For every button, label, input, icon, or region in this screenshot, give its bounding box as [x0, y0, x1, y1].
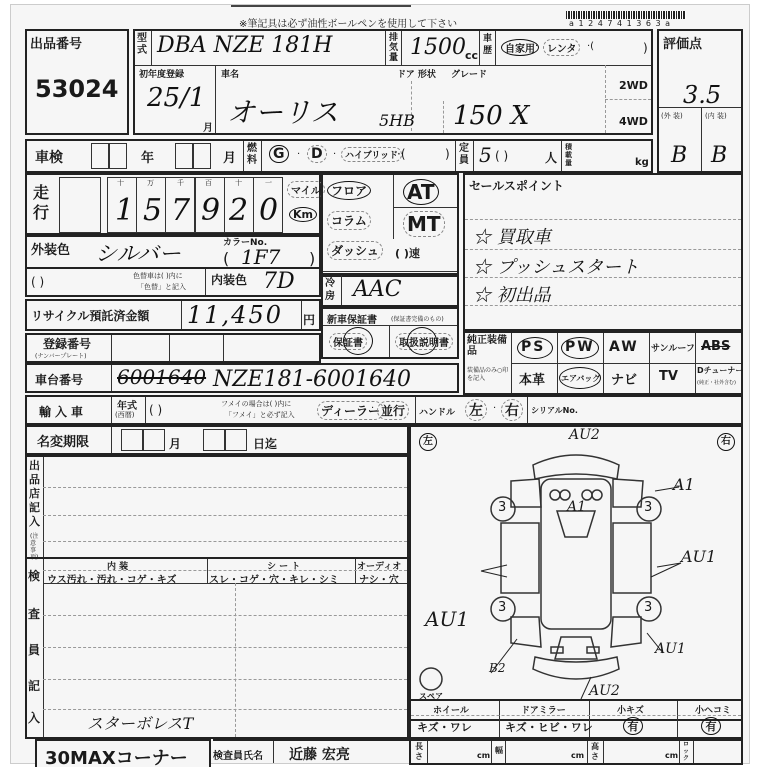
- damage-annotation: B2: [489, 661, 505, 675]
- grade-label: グレード: [451, 67, 487, 80]
- equip-airbag[interactable]: エアバッグ: [561, 373, 600, 384]
- transmission-mt[interactable]: MT: [403, 211, 445, 237]
- shift-dash[interactable]: ダッシュ: [327, 241, 383, 260]
- dimensions-row: 長さ cm 幅 cm 高さ cm ロック: [409, 739, 743, 765]
- handle-left[interactable]: 左: [465, 399, 487, 421]
- sales-points-label: セールスポイント: [469, 177, 564, 194]
- displacement-value: 1500: [410, 35, 466, 60]
- sales-point-item: ☆ 初出品: [473, 281, 551, 307]
- color-change-box: ( ) 色替車は( )内に 「色替」と記入 内装色 7D: [25, 267, 321, 297]
- dealer-notes-box: 出品店記入 (注意事項): [25, 455, 409, 559]
- equip-leather[interactable]: 本革: [519, 369, 545, 388]
- exterior-color-box: 外装色 シルバー カラーNo. ( 1F7 ): [25, 233, 321, 269]
- handle-right[interactable]: 右: [501, 399, 523, 421]
- import-row: 輸入車 年式 (西暦) ( ) フメイの場合は( )内に 「フメイ」と必ず記入 …: [25, 395, 743, 425]
- name-change-box: 名変期限 月 日迄: [25, 425, 409, 455]
- equipment-box: 純正装備品 装備品のみ○印を記入 PS PW AW サンルーフ ABS 本革 エ…: [463, 331, 743, 395]
- import-label: 輸入車: [39, 403, 87, 420]
- exterior-score: B: [671, 143, 687, 168]
- car-name-value: オーリス: [227, 91, 338, 131]
- damage-annotation: A1: [673, 475, 695, 494]
- usage-rental-option[interactable]: レンタ: [543, 39, 580, 56]
- displacement-unit: cc: [465, 49, 478, 62]
- aircon-value: AAC: [353, 277, 402, 302]
- vehicle-info-box: 型式 DBA NZE 181H 排気量 1500 cc 車歴 自家用 · レンタ…: [133, 29, 653, 135]
- warranty-title: 新車保証書: [327, 311, 377, 326]
- shift-column[interactable]: コラム: [327, 211, 371, 230]
- car-name-label: 車名: [221, 67, 239, 80]
- warranty-box: 新車保証書 (保証書完備のもの) 保証書 取扱説明書: [321, 307, 459, 359]
- registration-box: 登録番号 (ナンバープレート): [25, 333, 321, 363]
- chassis-label: 車台番号: [35, 371, 83, 388]
- fuel-label: 燃料: [247, 143, 259, 167]
- damage-annotation: AU2: [589, 683, 620, 699]
- condition-table: ホイール ドアミラー 小キズ 小ヘコミ キズ・ワレ キズ・ヒビ・ワレ 有 有: [409, 699, 743, 739]
- equip-sunroof[interactable]: サンルーフ: [651, 341, 695, 354]
- serial-label: シリアルNo.: [531, 405, 578, 416]
- displacement-label: 排気量: [389, 33, 399, 63]
- corner-label: 30MAXコーナー: [45, 744, 188, 768]
- score-box: 評価点 3.5 (外 装) (内 装) B B: [657, 29, 743, 173]
- mileage-box: 走行 十 万 千 百 十 一 1 5 7 9 2 0 マイル Km: [25, 173, 321, 237]
- usage-label: 車歴: [483, 33, 493, 57]
- import-parallel[interactable]: 並行: [377, 401, 409, 420]
- inspection-note: スターボレスT: [87, 711, 193, 734]
- damage-annotation: A1: [567, 499, 586, 515]
- lot-number: 53024: [35, 75, 119, 103]
- shift-floor[interactable]: フロア: [327, 181, 371, 200]
- shaken-label: 車検: [35, 147, 63, 167]
- mileage-digits: 十 万 千 百 十 一 1 5 7 9 2 0: [107, 177, 283, 233]
- sales-point-item: ☆ 買取車: [473, 223, 551, 249]
- capacity-value: 5: [479, 143, 492, 167]
- small-scratch-present[interactable]: 有: [623, 717, 643, 735]
- load-label: 積載量: [565, 143, 573, 167]
- chassis-struck-value: 6001640: [117, 365, 206, 389]
- car-outline-icon: [411, 427, 741, 719]
- equip-abs[interactable]: ABS: [701, 339, 730, 354]
- top-cut-line: [231, 5, 411, 9]
- damage-diagram: 左 右: [409, 425, 743, 721]
- mileage-unit-mile[interactable]: マイル: [287, 181, 325, 198]
- auction-sheet: ※筆記具は必ず油性ボールペンを使用して下さい a 1 2 4 7 4 1 3 6…: [10, 4, 750, 764]
- equip-ps[interactable]: PS: [521, 339, 545, 355]
- score-label: 評価点: [663, 33, 702, 52]
- dealer-notes-label: 出品店記入: [29, 459, 41, 529]
- exterior-color-value: シルバー: [95, 237, 181, 268]
- damage-annotation: AU2: [569, 427, 600, 443]
- barcode-number: a 1 2 4 7 4 1 3 6 3 a: [569, 19, 671, 28]
- grade-value: 150 X: [453, 101, 529, 131]
- lot-box: 出品番号 53024: [25, 29, 129, 135]
- chassis-box: 車台番号 6001640 NZE181-6001640: [25, 363, 459, 393]
- score-value: 3.5: [683, 81, 721, 109]
- inspector-name: 近藤 宏亮: [289, 744, 350, 764]
- barcode: [566, 11, 686, 19]
- damage-annotation: AU1: [681, 547, 716, 566]
- inspection-box: 検 査 員 記 入 内 装 シ ー ト オーディオ ウス汚れ・汚れ・コゲ・キズ …: [25, 557, 409, 739]
- first-reg-value: 25/1: [147, 83, 205, 113]
- damage-annotation: AU1: [425, 607, 469, 631]
- small-dent-present[interactable]: 有: [701, 717, 721, 735]
- aircon-label: 冷房: [325, 277, 337, 303]
- equip-aw[interactable]: AW: [609, 339, 639, 355]
- recycle-label: リサイクル預託済金額: [31, 307, 149, 324]
- model-label: 型式: [137, 33, 149, 57]
- fuel-hybrid[interactable]: ハイブリッド: [341, 147, 402, 162]
- sales-points-box: セールスポイント ☆ 買取車 ☆ プッシュスタート ☆ 初出品: [463, 173, 743, 331]
- first-reg-label: 初年度登録: [139, 67, 184, 80]
- registration-label: 登録番号: [43, 335, 91, 352]
- notice-text: ※筆記具は必ず油性ボールペンを使用して下さい: [239, 15, 457, 30]
- interior-score: B: [711, 143, 727, 168]
- equip-dtuner[interactable]: Dチューナー: [697, 365, 743, 376]
- capacity-label: 定員: [459, 143, 471, 167]
- fuel-diesel[interactable]: D: [307, 145, 327, 163]
- damage-annotation: AU1: [655, 641, 686, 657]
- recycle-box: リサイクル預託済金額 11,450 円: [25, 299, 321, 331]
- drive-2wd[interactable]: 2WD: [619, 79, 648, 92]
- name-change-label: 名変期限: [37, 431, 89, 450]
- fuel-gasoline[interactable]: G: [269, 145, 289, 163]
- wheel-condition[interactable]: キズ・ワレ: [417, 719, 472, 735]
- door-shape-value: 5HB: [379, 111, 415, 130]
- recycle-value: 11,450: [187, 301, 283, 329]
- inspector-row: 検査員氏名 近藤 宏亮: [213, 739, 409, 763]
- interior-color-value: 7D: [263, 269, 295, 294]
- interior-color-label: 内装色: [211, 271, 247, 288]
- handle-label: ハンドル: [419, 405, 455, 418]
- drive-4wd[interactable]: 4WD: [619, 115, 648, 128]
- transmission-at[interactable]: AT: [403, 179, 439, 205]
- usage-private-option[interactable]: 自家用: [501, 39, 539, 56]
- aircon-box: 冷房 AAC: [321, 273, 459, 307]
- chassis-value: NZE181-6001640: [213, 367, 411, 392]
- equip-navi[interactable]: ナビ: [611, 369, 637, 388]
- door-shape-label: ドア 形状: [397, 67, 436, 80]
- equip-pw[interactable]: PW: [565, 339, 595, 355]
- color-number: 1F7: [241, 245, 280, 269]
- exterior-color-label: 外装色: [31, 239, 70, 258]
- corner-label-box: 30MAXコーナー: [35, 739, 211, 767]
- shift-box: フロア コラム ダッシュ AT MT ( )速: [321, 173, 459, 277]
- sales-point-item: ☆ プッシュスタート: [473, 253, 639, 279]
- mileage-label: 走行: [33, 183, 49, 223]
- model-value: DBA NZE 181H: [157, 33, 332, 58]
- mileage-unit-km[interactable]: Km: [289, 207, 317, 222]
- mirror-condition[interactable]: キズ・ヒビ・ワレ: [505, 719, 593, 735]
- equip-tv[interactable]: TV: [659, 369, 678, 384]
- shaken-row: 車検 年 月 燃料 G · D · ハイブリッド ·( ) 定員 5 ( ) 人…: [25, 139, 653, 173]
- lot-label: 出品番号: [30, 33, 82, 52]
